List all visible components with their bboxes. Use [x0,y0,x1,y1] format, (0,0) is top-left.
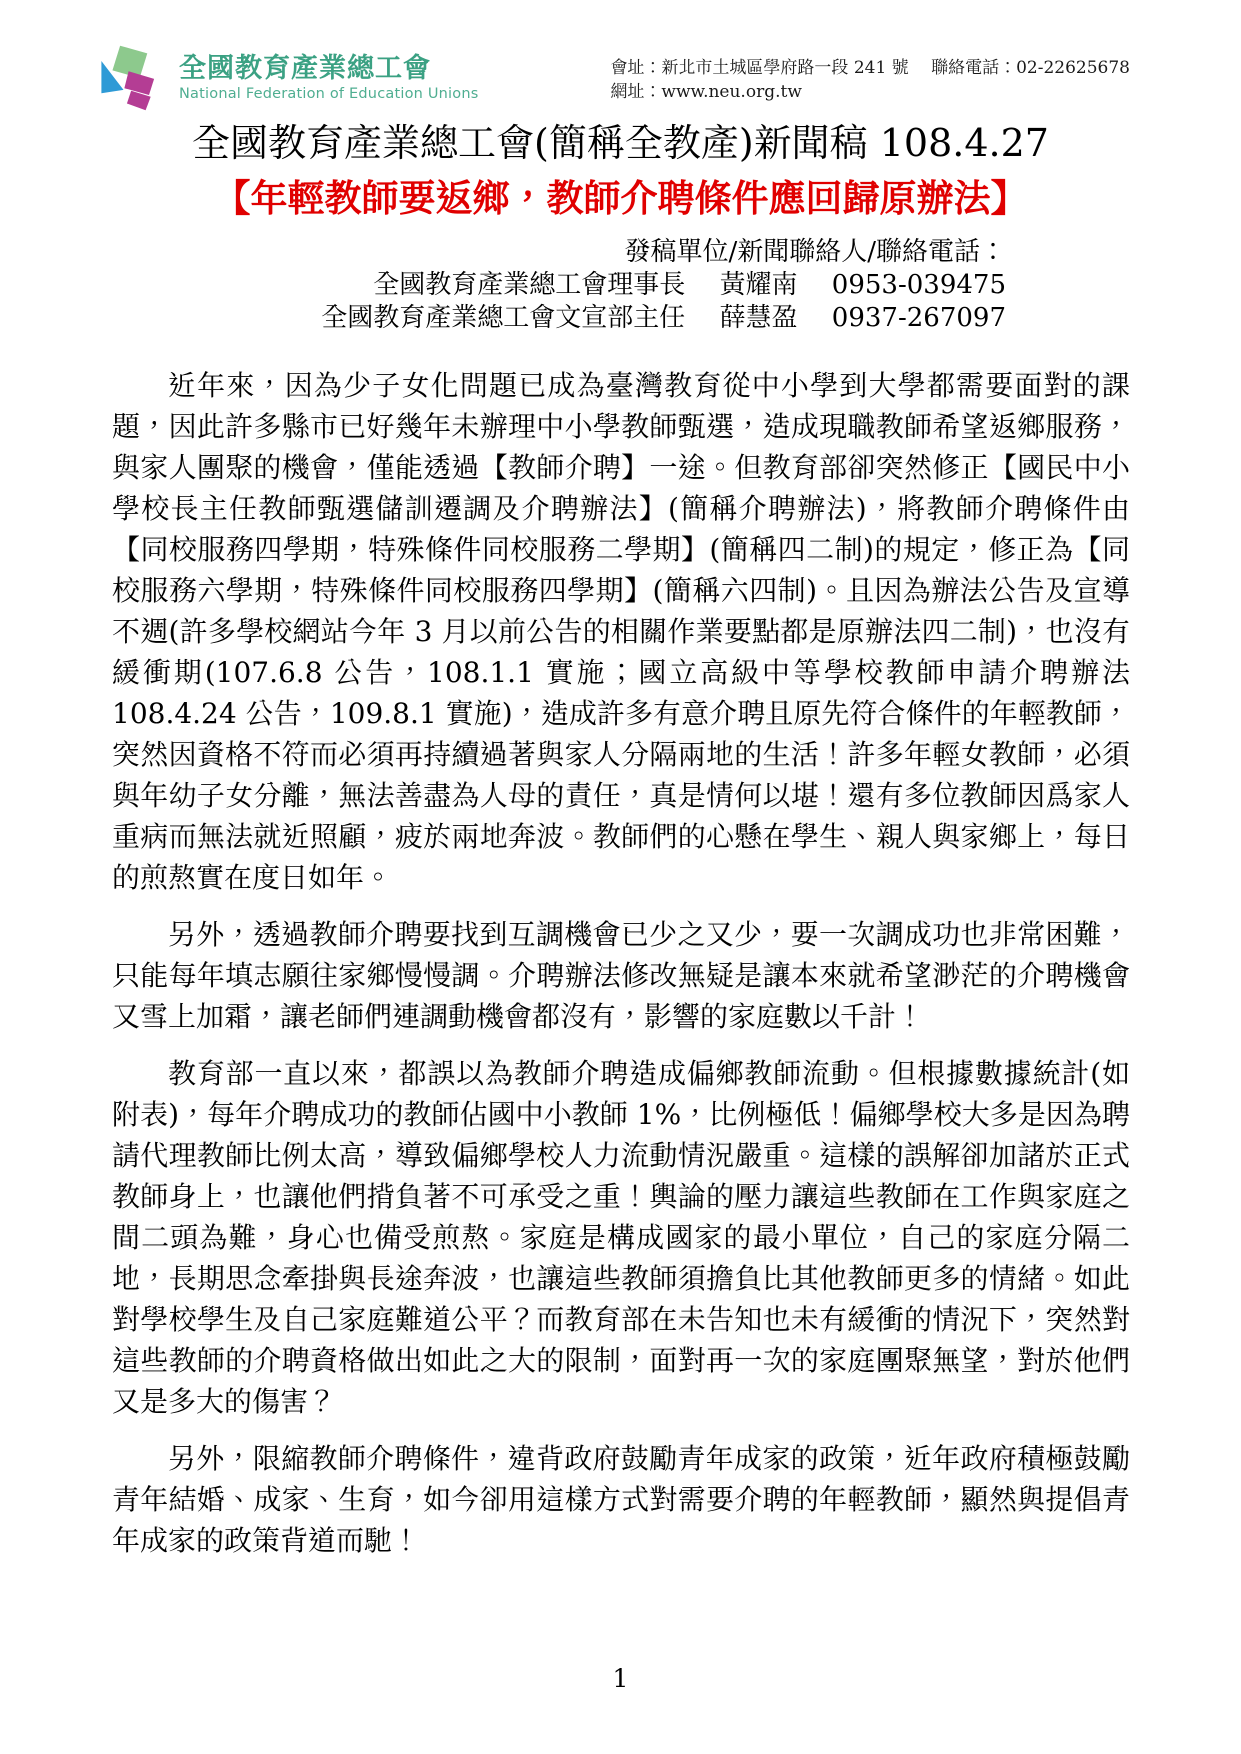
press-release-title: 全國教育產業總工會(簡稱全教產)新聞稿 108.4.27 [0,120,1241,166]
org-logo: 全國教育產業總工會 National Federation of Educati… [95,44,479,112]
letterhead: 全國教育產業總工會 National Federation of Educati… [95,44,1130,112]
body-paragraph-1: 近年來，因為少子女化問題已成為臺灣教育從中小學到大學都需要面對的課題，因此許多縣… [112,365,1130,898]
letterhead-contact: 會址：新北市土城區學府路一段 241 號 聯絡電話：02-22625678 網址… [610,44,1130,104]
page-footer: 1 [0,1664,1241,1693]
org-name-en: National Federation of Education Unions [179,86,479,102]
body-paragraph-4: 另外，限縮教師介聘條件，違背政府鼓勵青年成家的政策，近年政府積極鼓勵青年結婚、成… [112,1438,1130,1561]
body-paragraph-3: 教育部一直以來，都誤以為教師介聘造成偏鄉教師流動。但根據數據統計(如附表)，每年… [112,1053,1130,1422]
page-number: 1 [613,1664,629,1693]
press-contact-block: 發稿單位/新聞聯絡人/聯絡電話： 全國教育產業總工會理事長 黃耀南 0953-0… [0,236,1241,335]
press-release-page: 全國教育產業總工會 National Federation of Educati… [0,0,1241,1754]
body-paragraph-2: 另外，透過教師介聘要找到互調機會已少之又少，要一次調成功也非常困難，只能每年填志… [112,914,1130,1037]
press-contact-person-1: 全國教育產業總工會理事長 黃耀南 0953-039475 [0,269,1006,302]
press-contact-heading: 發稿單位/新聞聯絡人/聯絡電話： [0,236,1006,269]
neu-logo-icon [95,44,169,112]
press-release-subtitle: 【年輕教師要返鄉，教師介聘條件應回歸原辦法】 [0,174,1241,222]
website-line: 網址：www.neu.org.tw [610,80,1130,104]
address-line: 會址：新北市土城區學府路一段 241 號 聯絡電話：02-22625678 [610,56,1130,80]
press-release-body: 近年來，因為少子女化問題已成為臺灣教育從中小學到大學都需要面對的課題，因此許多縣… [0,365,1241,1561]
org-logo-text: 全國教育產業總工會 National Federation of Educati… [179,54,479,102]
press-contact-person-2: 全國教育產業總工會文宣部主任 薛慧盈 0937-267097 [0,302,1006,335]
org-name-zh: 全國教育產業總工會 [179,54,479,84]
